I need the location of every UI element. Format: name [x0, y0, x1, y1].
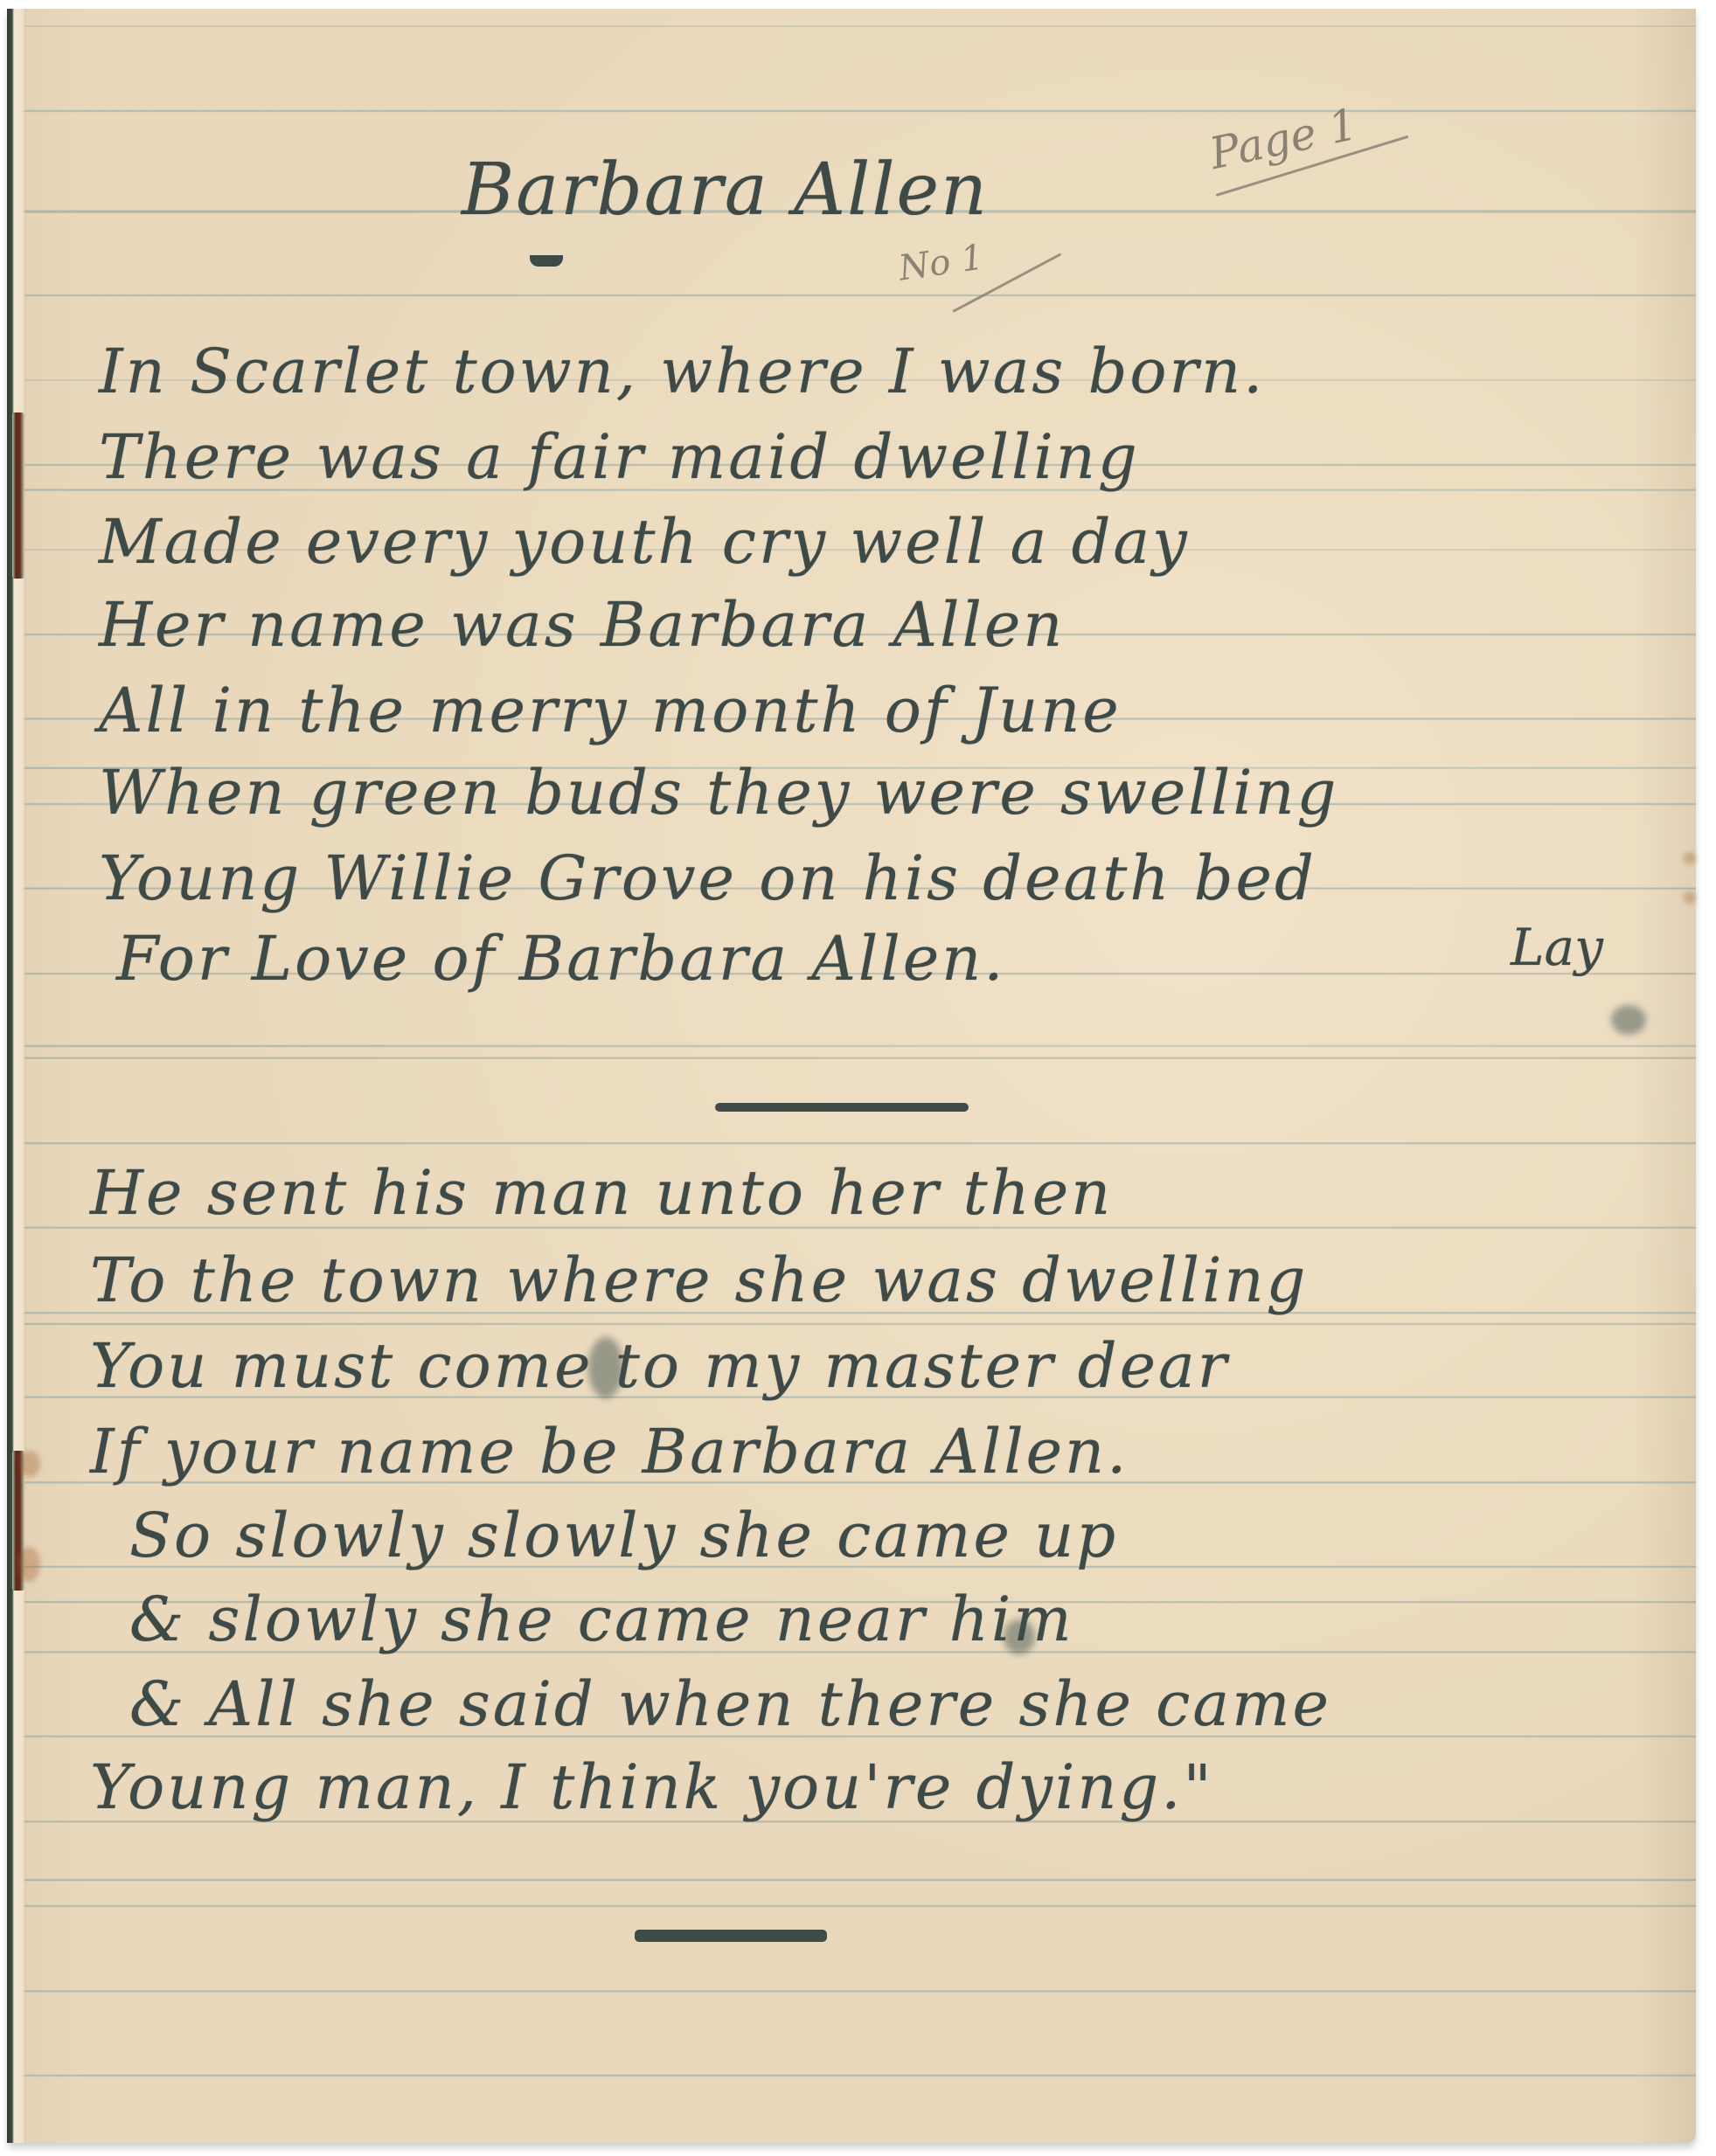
verse-line: & All she said when there she came	[129, 1674, 1331, 1735]
rust-stain	[19, 1451, 40, 1477]
song-title: Barbara Allen	[462, 149, 989, 232]
notebook-page: Barbara Allen Page 1 No 1 In Scarlet tow…	[7, 9, 1696, 2143]
ink-splatter	[1611, 1005, 1646, 1035]
verse-line: All in the merry month of June	[99, 680, 1122, 741]
verse-line: Young Willie Grove on his death bed	[99, 848, 1317, 909]
rust-stain	[1684, 852, 1696, 864]
title-underline	[530, 255, 563, 267]
verse-line: When green buds they were swelling	[99, 762, 1338, 823]
stanza-divider	[715, 1103, 969, 1112]
notebook-spine	[7, 9, 26, 2143]
verse-line: There was a fair maid dwelling	[99, 426, 1140, 488]
verse-line: Made every youth cry well a day	[99, 511, 1190, 572]
verse-line: For Love of Barbara Allen.	[116, 928, 1005, 989]
rust-stain	[1684, 891, 1696, 904]
verse-line: If your name be Barbara Allen.	[90, 1421, 1129, 1482]
verse-line: In Scarlet town, where I was born.	[99, 341, 1265, 402]
verse-line: You must come to my master dear	[90, 1335, 1229, 1397]
binding-stitch-top	[12, 412, 24, 579]
verse-line: To the town where she was dwelling	[90, 1250, 1308, 1311]
verse-line: He sent his man unto her then	[90, 1162, 1113, 1224]
verse-line: Her name was Barbara Allen	[99, 594, 1065, 655]
verse-line: & slowly she came near him	[129, 1589, 1074, 1650]
rust-stain	[17, 1547, 40, 1582]
overflow-word: Lay	[1511, 918, 1603, 977]
verse-line: Young man, I think you're dying."	[90, 1757, 1214, 1818]
verse-line: So slowly slowly she came up	[129, 1505, 1118, 1566]
closing-underline	[635, 1930, 827, 1942]
